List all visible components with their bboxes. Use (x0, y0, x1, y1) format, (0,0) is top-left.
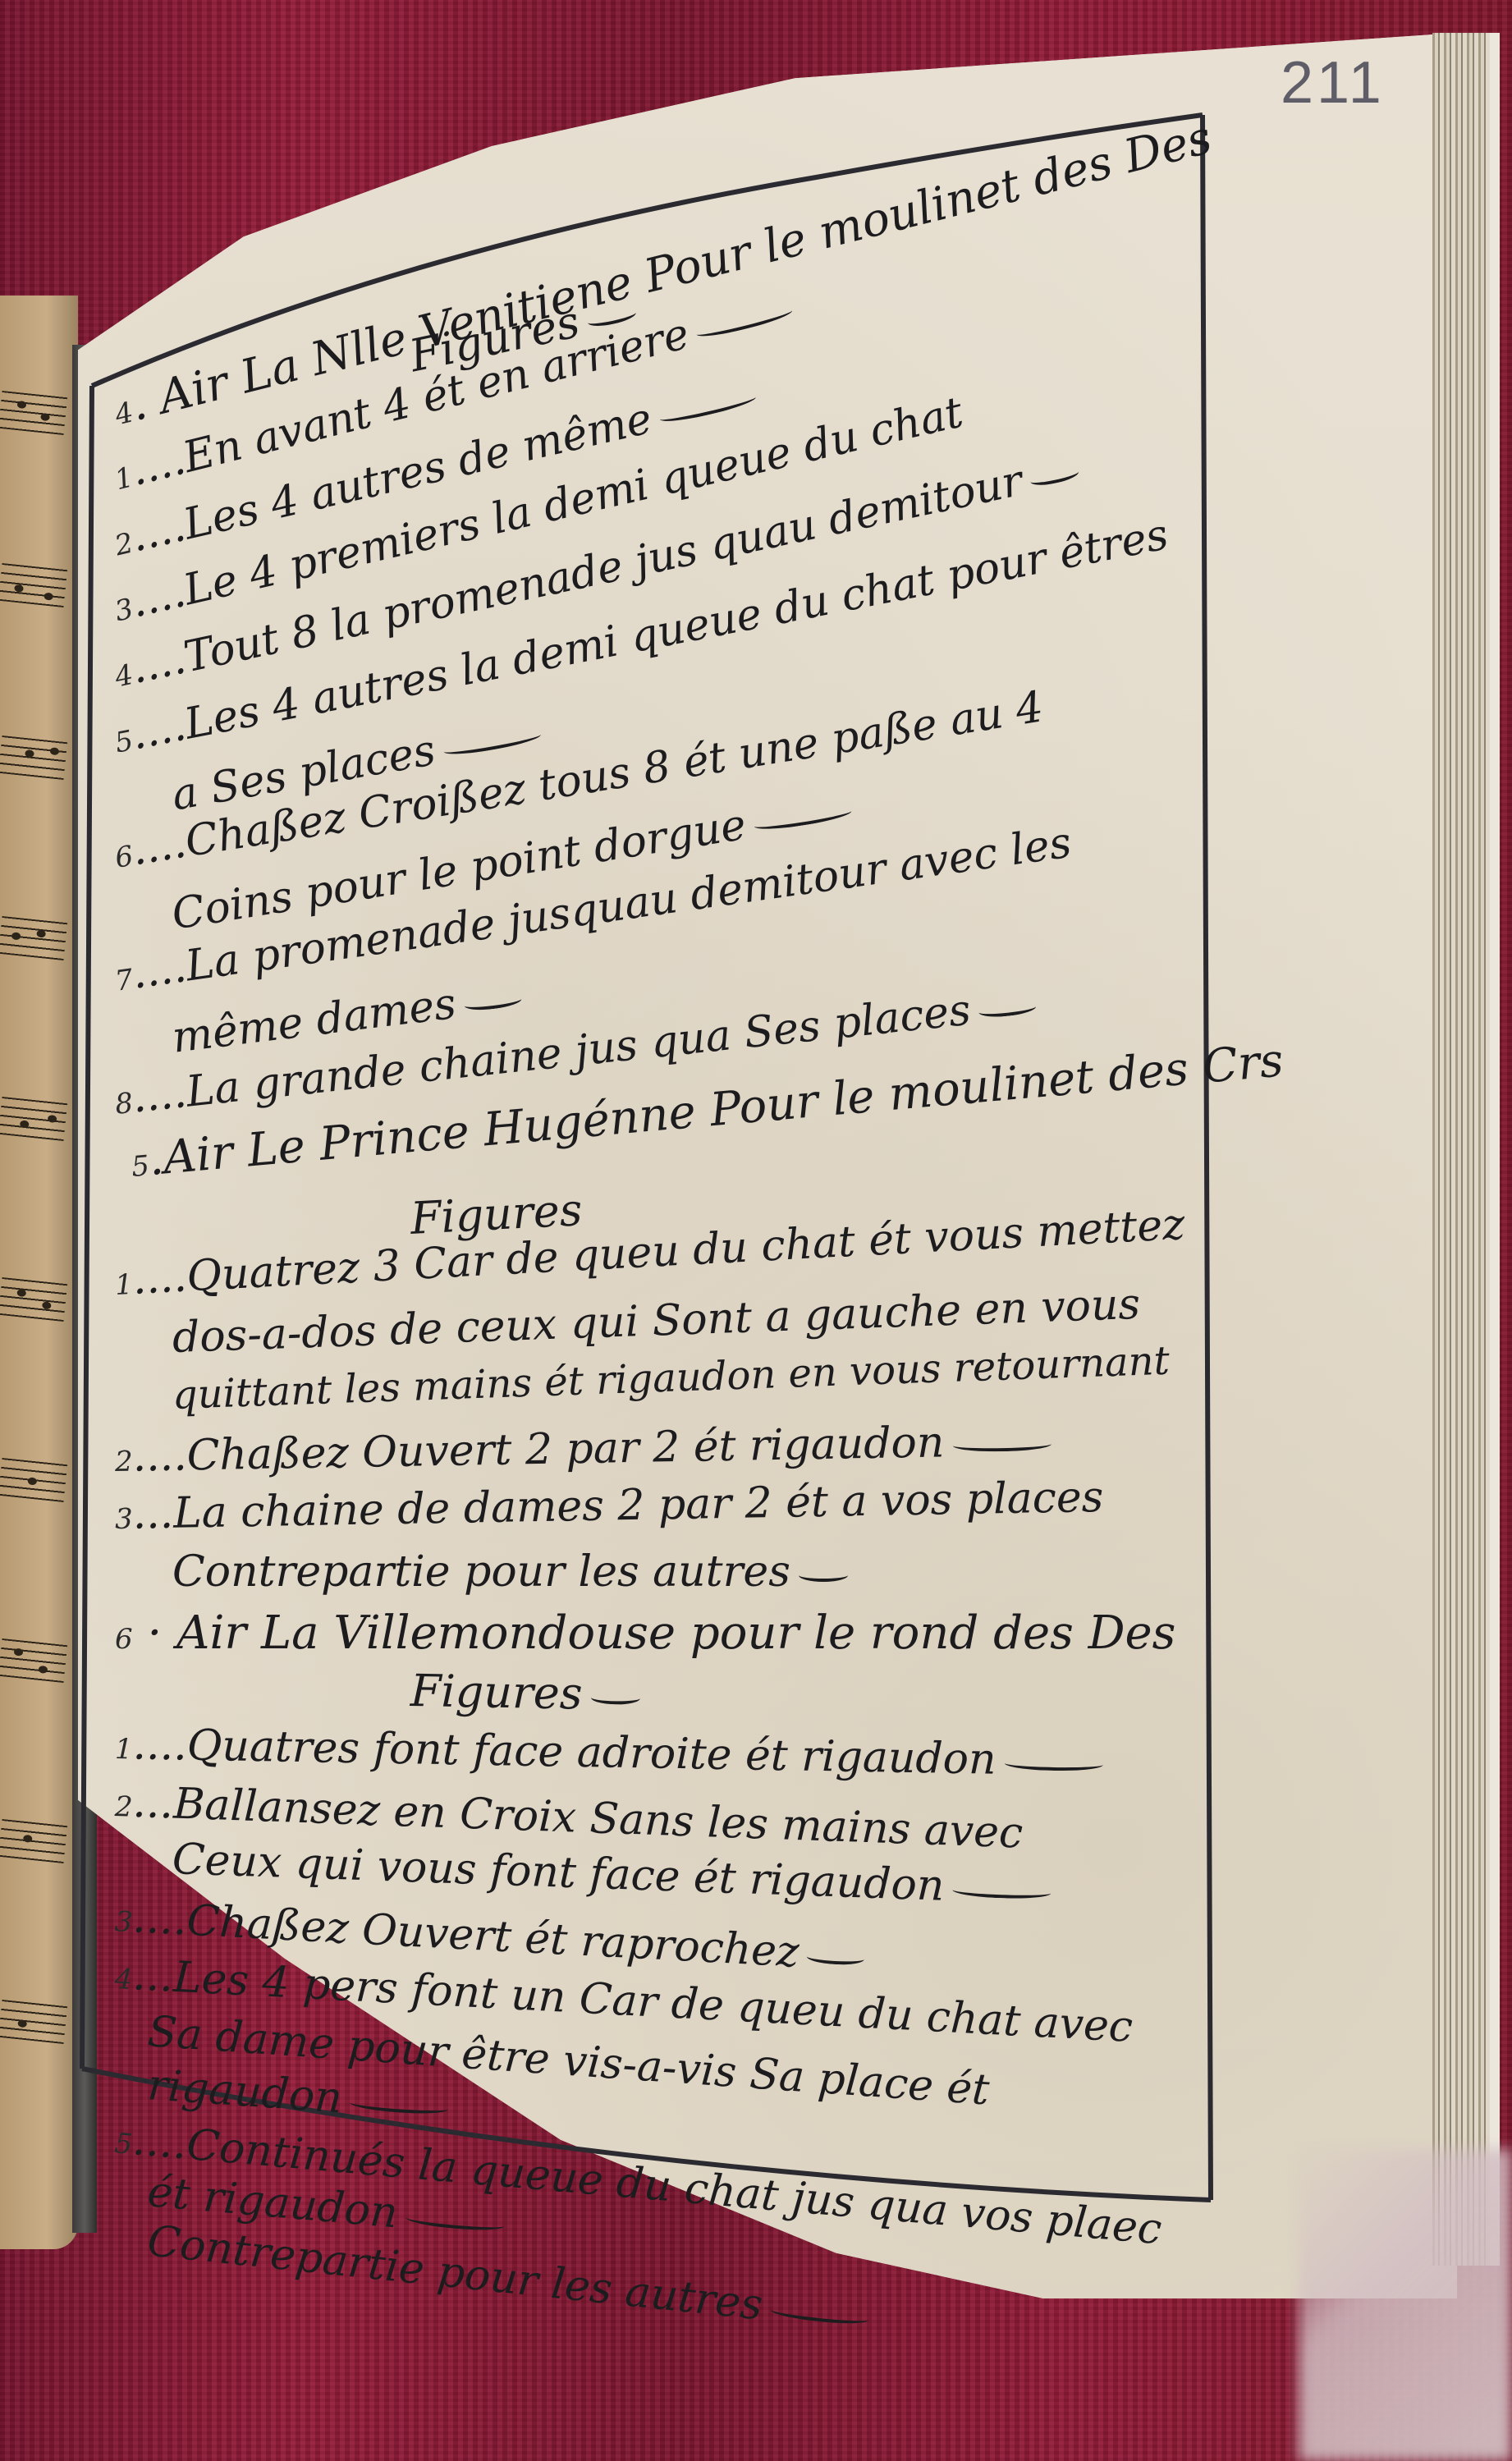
section-heading: 6 · Air La Villemondouse pour le rond de… (115, 1609, 1175, 1664)
finger-blur (1299, 2149, 1512, 2461)
figures-subheading: Figures (410, 1666, 640, 1720)
figure-line-continued: Contrepartie pour les autres (172, 1547, 848, 1597)
page-number: 211 (1281, 49, 1385, 117)
